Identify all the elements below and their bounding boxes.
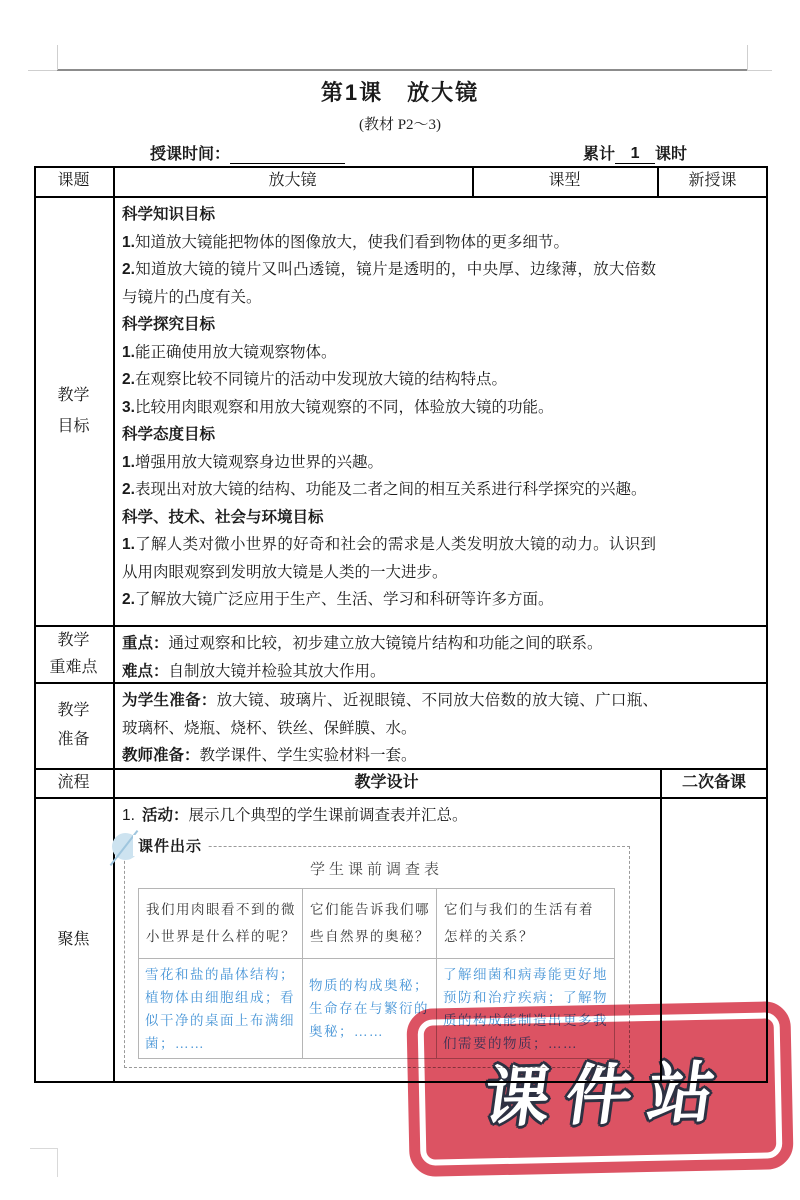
document-page: 第1课 放大镜 (教材 P2～3) 授课时间： 累计1课时 课题 放大镜 课型 …	[0, 0, 800, 1200]
teaching-time-row: 授课时间：	[150, 141, 345, 164]
cell-topic-label: 课题	[34, 166, 113, 196]
teaching-time-blank	[230, 145, 345, 164]
cumulative-suffix: 课时	[655, 146, 687, 163]
cell-second-prep-header: 二次备课	[660, 768, 768, 797]
objective-line: 科学态度目标	[122, 421, 656, 449]
survey-question: 它们能告诉我们哪些自然界的奥秘？	[303, 889, 437, 959]
table-line	[34, 797, 768, 799]
cell-topic-value: 放大镜	[113, 166, 472, 196]
activity-number: 1.	[122, 807, 135, 824]
cumulative-row: 累计1课时	[583, 141, 687, 164]
cell-preparation-content: 为学生准备：放大镜、玻璃片、近视眼镜、不同放大倍数的放大镜、广口瓶、玻璃杯、烧瓶…	[122, 687, 658, 770]
cell-focus-label: 聚焦	[34, 797, 113, 1083]
table-line	[113, 166, 115, 1083]
cell-process-label: 流程	[34, 768, 113, 797]
teaching-time-label: 授课时间：	[150, 146, 230, 163]
cumulative-prefix: 累计	[583, 146, 615, 163]
margin-tick-left	[57, 45, 58, 70]
preparation-line: 教师准备：教学课件、学生实验材料一套。	[122, 742, 658, 770]
survey-question: 我们用肉眼看不到的微小世界是什么样的呢？	[139, 889, 303, 959]
table-line	[34, 196, 768, 198]
survey-title: 学生课前调查表	[138, 858, 615, 879]
activity-label: 活动：	[142, 807, 189, 824]
keypoint-line: 难点：自制放大镜并检验其放大作用。	[122, 658, 656, 686]
preparation-line: 为学生准备：放大镜、玻璃片、近视眼镜、不同放大倍数的放大镜、广口瓶、玻璃杯、烧瓶…	[122, 687, 658, 742]
objective-line: 科学知识目标	[122, 201, 656, 229]
objective-line: 1.增强用放大镜观察身边世界的兴趣。	[122, 449, 656, 477]
objective-line: 3.比较用肉眼观察和用放大镜观察的不同，体验放大镜的功能。	[122, 394, 656, 422]
objective-line: 2.表现出对放大镜的结构、功能及二者之间的相互关系进行科学探究的兴趣。	[122, 476, 656, 504]
cell-design-header: 教学设计	[113, 768, 660, 797]
survey-answer: 雪花和盐的晶体结构；植物体由细胞组成；看似干净的桌面上布满细菌；……	[139, 959, 303, 1058]
activity-text: 展示几个典型的学生课前调查表并汇总。	[188, 807, 467, 824]
objective-line: 1.能正确使用放大镜观察物体。	[122, 339, 656, 367]
lesson-title: 第1课 放大镜	[0, 76, 800, 107]
objective-line: 1.了解人类对微小世界的好奇和社会的需求是人类发明放大镜的动力。认识到从用肉眼观…	[122, 531, 656, 586]
cell-keypoints-label: 教学 重难点	[34, 625, 113, 682]
page-top-rule	[57, 69, 747, 71]
next-page-corner-mark	[30, 1148, 58, 1177]
objective-line: 2.在观察比较不同镜片的活动中发现放大镜的结构特点。	[122, 366, 656, 394]
objective-line: 1.知道放大镜能把物体的图像放大，使我们看到物体的更多细节。	[122, 229, 656, 257]
objective-line: 2.知道放大镜的镜片又叫凸透镜，镜片是透明的，中央厚、边缘薄，放大倍数与镜片的凸…	[122, 256, 656, 311]
cell-keypoints-content: 重点：通过观察和比较，初步建立放大镜镜片结构和功能之间的联系。 难点：自制放大镜…	[122, 630, 656, 686]
table-line	[34, 625, 768, 627]
objective-line: 科学探究目标	[122, 311, 656, 339]
activity-line: 1.活动：展示几个典型的学生课前调查表并汇总。	[122, 803, 654, 829]
cell-preparation-label: 教学 准备	[34, 682, 113, 768]
margin-tick-right	[747, 45, 748, 70]
keypoint-line: 重点：通过观察和比较，初步建立放大镜镜片结构和功能之间的联系。	[122, 630, 656, 658]
cumulative-value: 1	[615, 145, 655, 164]
cell-lesson-type-value: 新授课	[657, 166, 768, 196]
stamp-text: 课件站	[463, 1039, 738, 1140]
objective-line: 科学、技术、社会与环境目标	[122, 504, 656, 532]
stamp-fill: 课件站	[424, 1018, 777, 1159]
courseware-tag: 课件出示	[133, 835, 207, 856]
survey-question: 它们与我们的生活有着怎样的关系？	[437, 889, 614, 959]
watermark-stamp: 课件站	[406, 1001, 793, 1177]
lesson-subtitle: (教材 P2～3)	[0, 113, 800, 134]
cell-lesson-type-label: 课型	[472, 166, 657, 196]
objective-line: 2.了解放大镜广泛应用于生产、生活、学习和科研等许多方面。	[122, 586, 656, 614]
cell-objectives-content: 科学知识目标 1.知道放大镜能把物体的图像放大，使我们看到物体的更多细节。 2.…	[122, 201, 656, 614]
cell-objectives-label: 教学 目标	[34, 196, 113, 625]
